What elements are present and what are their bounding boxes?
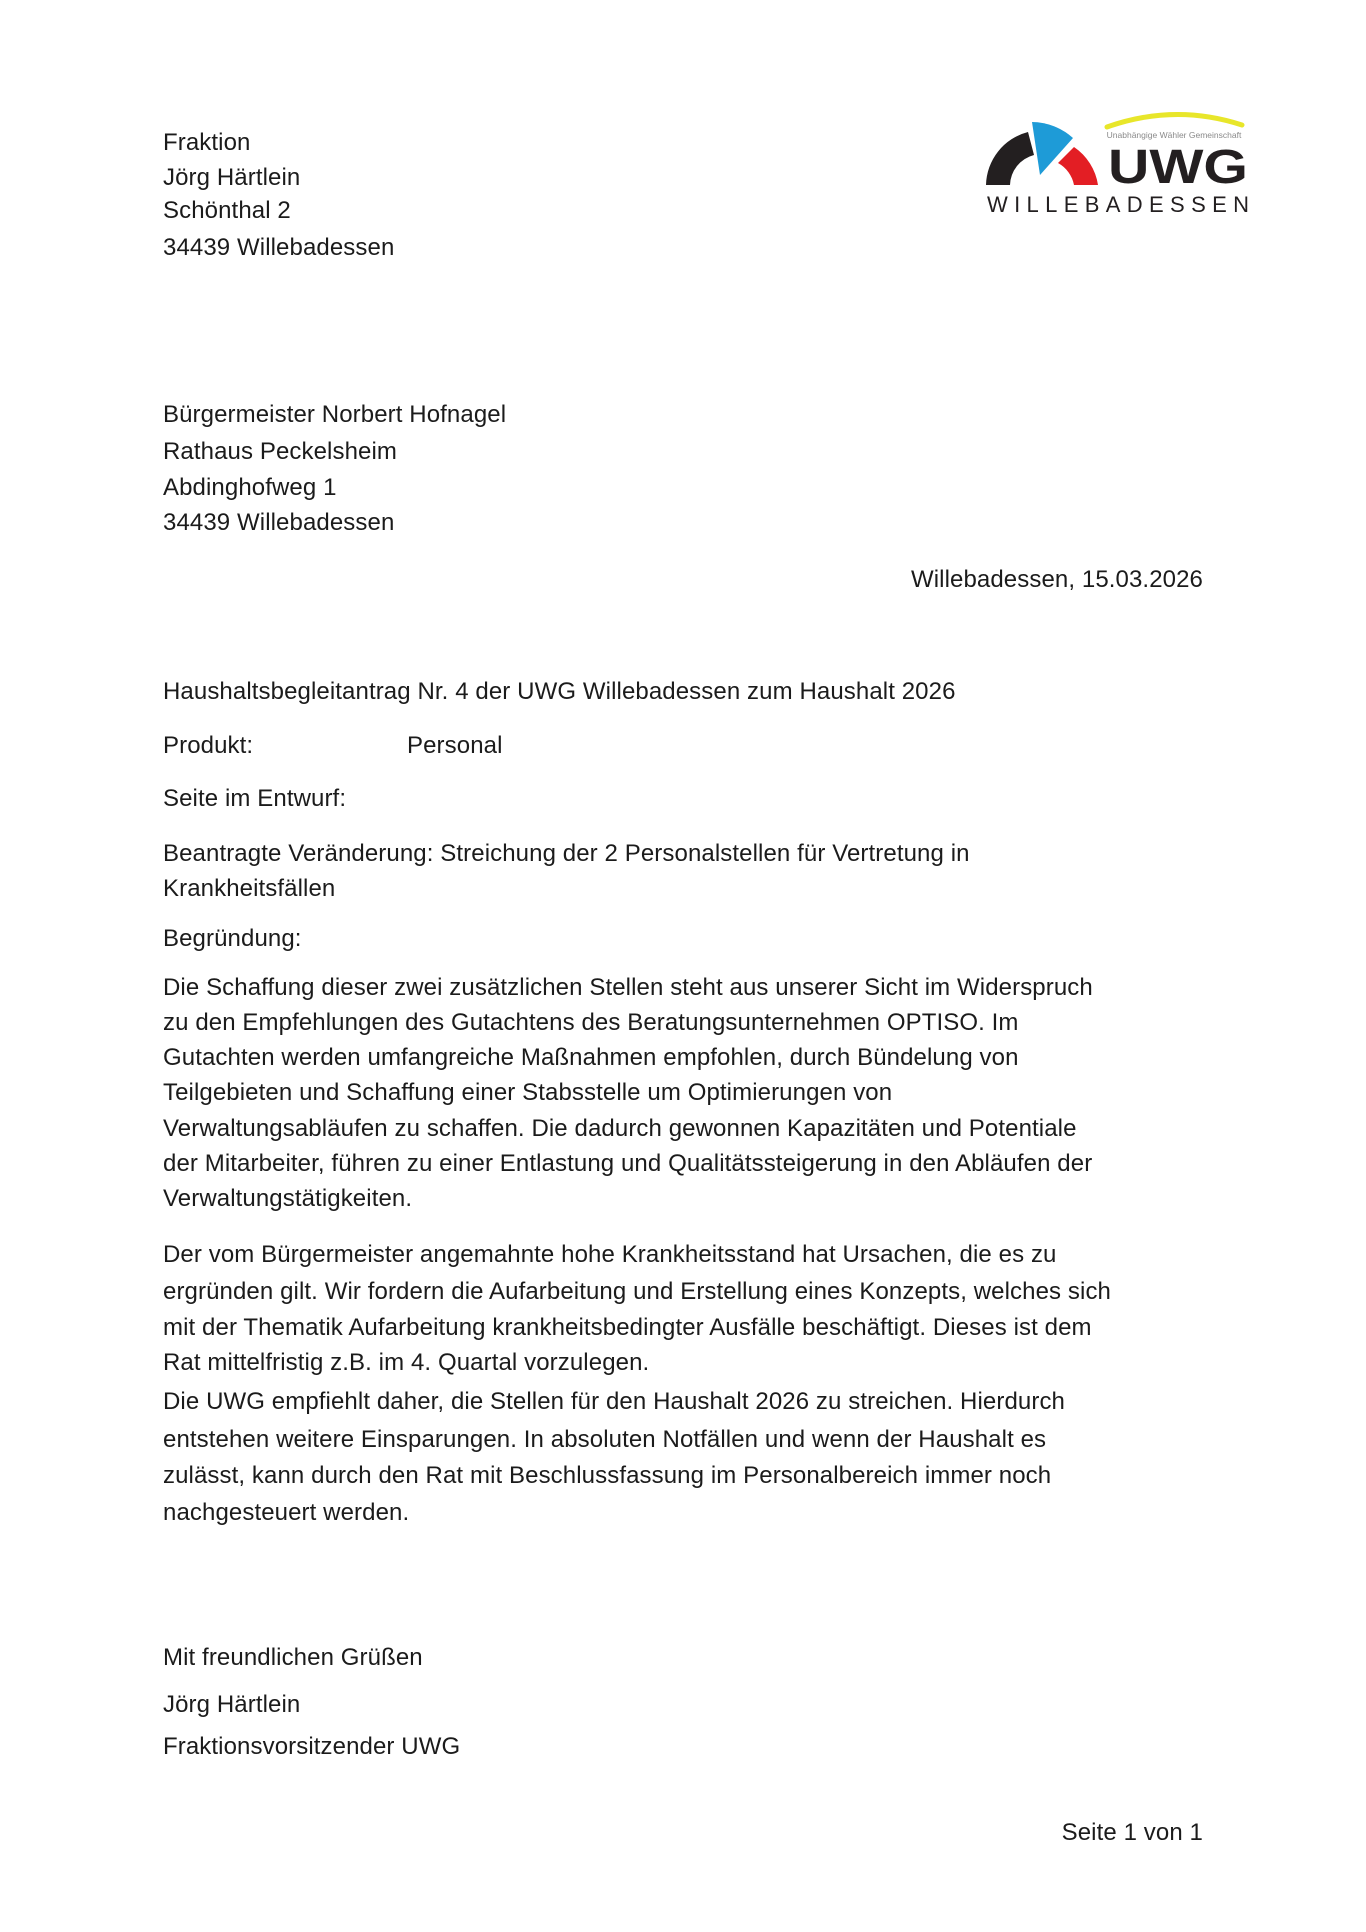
body-line: Gutachten werden umfangreiche Maßnahmen … (163, 1043, 1019, 1073)
recipient-line-city: 34439 Willebadessen (163, 508, 394, 538)
body-line: Die Schaffung dieser zwei zusätzlichen S… (163, 973, 1093, 1003)
body-line: Verwaltungstätigkeiten. (163, 1184, 412, 1214)
body-line: Die UWG empfiehlt daher, die Stellen für… (163, 1387, 1065, 1417)
page-in-draft-label: Seite im Entwurf: (163, 784, 346, 814)
reason-label: Begründung: (163, 924, 302, 954)
body-line: zulässt, kann durch den Rat mit Beschlus… (163, 1461, 1051, 1491)
closing-name: Jörg Härtlein (163, 1690, 300, 1720)
body-line: Der vom Bürgermeister angemahnte hohe Kr… (163, 1240, 1057, 1270)
yellow-arc-icon (1107, 114, 1242, 127)
requested-change-line-2: Krankheitsfällen (163, 874, 335, 904)
product-value: Personal (407, 731, 503, 761)
sender-line-fraktion: Fraktion (163, 128, 251, 158)
logo-place: WILLEBADESSEN (987, 192, 1249, 217)
body-line: nachgesteuert werden. (163, 1498, 409, 1528)
logo-tagline: Unabhängige Wähler Gemeinschaft (1107, 130, 1242, 140)
body-line: ergründen gilt. Wir fordern die Aufarbei… (163, 1277, 1111, 1307)
red-arc-icon (1058, 147, 1098, 185)
letter-page: Unabhängige Wähler Gemeinschaft UWG WILL… (0, 0, 1366, 1932)
subject-line: Haushaltsbegleitantrag Nr. 4 der UWG Wil… (163, 677, 956, 707)
body-line: Teilgebieten und Schaffung einer Stabsst… (163, 1078, 892, 1108)
recipient-line-name: Bürgermeister Norbert Hofnagel (163, 400, 506, 430)
uwg-logo-graphic: Unabhängige Wähler Gemeinschaft UWG WILL… (980, 105, 1260, 225)
recipient-line-street: Abdinghofweg 1 (163, 473, 337, 503)
black-arc-icon (986, 132, 1034, 185)
sender-line-street: Schönthal 2 (163, 196, 291, 226)
closing-greeting: Mit freundlichen Grüßen (163, 1643, 423, 1673)
requested-change-line-1: Beantragte Veränderung: Streichung der 2… (163, 839, 970, 869)
uwg-logo: Unabhängige Wähler Gemeinschaft UWG WILL… (980, 105, 1260, 225)
recipient-line-building: Rathaus Peckelsheim (163, 437, 397, 467)
sender-line-city: 34439 Willebadessen (163, 233, 394, 263)
body-line: zu den Empfehlungen des Gutachtens des B… (163, 1008, 1019, 1038)
product-label: Produkt: (163, 731, 253, 761)
body-line: entstehen weitere Einsparungen. In absol… (163, 1425, 1046, 1455)
body-line: Rat mittelfristig z.B. im 4. Quartal vor… (163, 1348, 649, 1378)
date-line: Willebadessen, 15.03.2026 (911, 565, 1203, 595)
closing-role: Fraktionsvorsitzender UWG (163, 1732, 460, 1762)
sender-line-name: Jörg Härtlein (163, 163, 300, 193)
body-line: Verwaltungsabläufen zu schaffen. Die dad… (163, 1114, 1077, 1144)
body-line: der Mitarbeiter, führen zu einer Entlast… (163, 1149, 1092, 1179)
body-line: mit der Thematik Aufarbeitung krankheits… (163, 1313, 1092, 1343)
logo-acronym: UWG (1108, 141, 1248, 194)
page-indicator: Seite 1 von 1 (1062, 1818, 1203, 1848)
